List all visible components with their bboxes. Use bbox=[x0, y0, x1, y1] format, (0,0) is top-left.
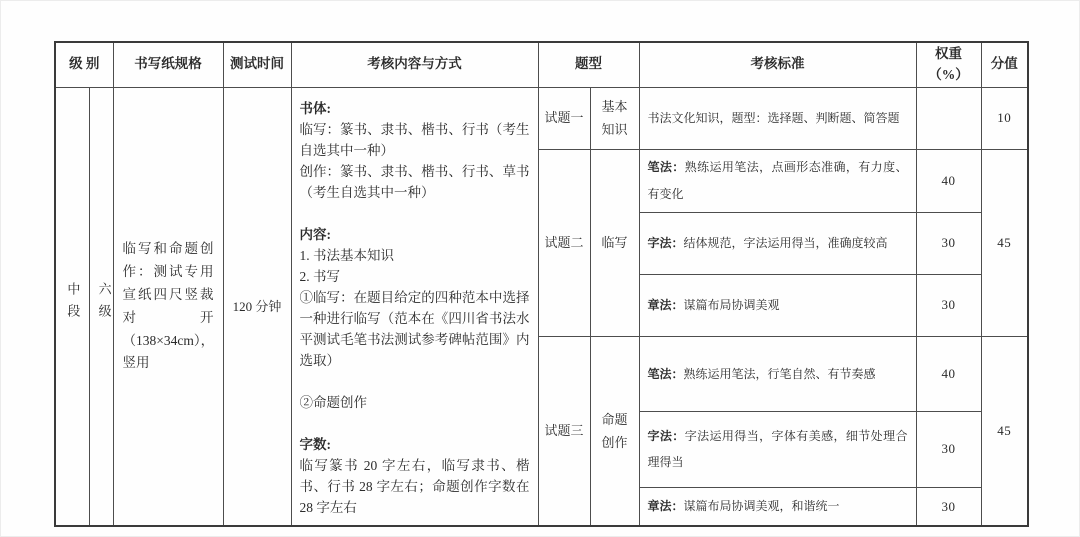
q3-brushwork-label: 笔法： bbox=[648, 367, 684, 381]
q3-composition-label: 章法： bbox=[648, 499, 684, 513]
q3-composition-weight-cell: 30 bbox=[916, 487, 981, 526]
header-paper-spec: 书写纸规格 bbox=[113, 42, 223, 87]
q2-brushwork-weight-cell: 40 bbox=[916, 149, 981, 212]
q3-composition-criteria-cell: 章法：谋篇布局协调美观，和谐统一 bbox=[639, 487, 916, 526]
q1-weight-cell bbox=[916, 87, 981, 149]
stage-text: 中段 bbox=[62, 282, 82, 326]
q1-category-cell: 基本知识 bbox=[590, 87, 639, 149]
q3-brushwork-text: 熟练运用笔法，行笔自然、有节奏感 bbox=[684, 367, 876, 381]
count-text: 临写篆书 20 字左右，临写隶书、楷书、行书 28 字左右；命题创作字数在 28… bbox=[300, 455, 530, 518]
content-item-2a: ①临写：在题目给定的四种范本中选择一种进行临写（范本在《四川省书法水平测试毛笔书… bbox=[300, 287, 530, 371]
font-create-line: 创作：篆书、隶书、楷书、行书、草书（考生自选其中一种） bbox=[300, 161, 530, 203]
q2-structure-label: 字法： bbox=[648, 236, 684, 250]
q2-structure-weight-cell: 30 bbox=[916, 212, 981, 274]
q3-structure-text: 字法运用得当，字体有美感，细节处理合理得当 bbox=[648, 429, 908, 469]
header-content-method: 考核内容与方式 bbox=[291, 42, 538, 87]
font-heading: 书体: bbox=[300, 98, 530, 119]
content-heading: 内容: bbox=[300, 224, 530, 245]
q2-type-cell: 试题二 bbox=[538, 149, 590, 336]
q2-composition-criteria-cell: 章法：谋篇布局协调美观 bbox=[639, 274, 916, 336]
q3-brushwork-weight-cell: 40 bbox=[916, 336, 981, 411]
q3-structure-label: 字法： bbox=[648, 429, 685, 443]
header-test-time: 测试时间 bbox=[223, 42, 291, 87]
content-item-2: 2. 书写 bbox=[300, 266, 530, 287]
grade-text: 六级 bbox=[94, 282, 114, 326]
q1-score-cell: 10 bbox=[981, 87, 1028, 149]
document-page: 级 别 书写纸规格 测试时间 考核内容与方式 题型 考核标准 权重（%） 分值 … bbox=[0, 0, 1080, 537]
q3-category-text: 命题创作 bbox=[599, 408, 630, 455]
header-weight: 权重（%） bbox=[916, 42, 981, 87]
q1-criteria-cell: 书法文化知识，题型：选择题、判断题、简答题 bbox=[639, 87, 916, 149]
q3-category-cell: 命题创作 bbox=[590, 336, 639, 526]
q2-category-cell: 临写 bbox=[590, 149, 639, 336]
q2-structure-criteria-cell: 字法：结体规范，字法运用得当，准确度较高 bbox=[639, 212, 916, 274]
font-copy-line: 临写：篆书、隶书、楷书、行书（考生自选其中一种） bbox=[300, 119, 530, 161]
header-question-type: 题型 bbox=[538, 42, 639, 87]
calligraphy-grade-table: 级 别 书写纸规格 测试时间 考核内容与方式 题型 考核标准 权重（%） 分值 … bbox=[54, 41, 1029, 527]
q2-composition-weight-cell: 30 bbox=[916, 274, 981, 336]
q3-brushwork-criteria-cell: 笔法：熟练运用笔法，行笔自然、有节奏感 bbox=[639, 336, 916, 411]
q2-composition-text: 谋篇布局协调美观 bbox=[684, 298, 780, 312]
table-header-row: 级 别 书写纸规格 测试时间 考核内容与方式 题型 考核标准 权重（%） 分值 bbox=[55, 42, 1028, 87]
stage-cell: 中段 bbox=[55, 87, 89, 526]
header-level: 级 别 bbox=[55, 42, 113, 87]
q1-type-cell: 试题一 bbox=[538, 87, 590, 149]
count-heading: 字数: bbox=[300, 434, 530, 455]
row-question1: 中段 六级 临写和命题创作：测试专用宣纸四尺竖裁对开（138×34cm），竖用 … bbox=[55, 87, 1028, 149]
q2-brushwork-label: 笔法： bbox=[648, 160, 685, 174]
q3-structure-weight-cell: 30 bbox=[916, 411, 981, 487]
q2-score-cell: 45 bbox=[981, 149, 1028, 336]
test-time-cell: 120 分钟 bbox=[223, 87, 291, 526]
q3-type-cell: 试题三 bbox=[538, 336, 590, 526]
q2-brushwork-text: 熟练运用笔法，点画形态准确，有力度、有变化 bbox=[648, 160, 908, 200]
grade-cell: 六级 bbox=[89, 87, 113, 526]
content-item-1: 1. 书法基本知识 bbox=[300, 245, 530, 266]
content-method-cell: 书体: 临写：篆书、隶书、楷书、行书（考生自选其中一种） 创作：篆书、隶书、楷书… bbox=[291, 87, 538, 526]
q3-score-cell: 45 bbox=[981, 336, 1028, 526]
paper-spec-cell: 临写和命题创作：测试专用宣纸四尺竖裁对开（138×34cm），竖用 bbox=[113, 87, 223, 526]
q2-composition-label: 章法： bbox=[648, 298, 684, 312]
header-criteria: 考核标准 bbox=[639, 42, 916, 87]
header-score: 分值 bbox=[981, 42, 1028, 87]
q2-structure-text: 结体规范，字法运用得当，准确度较高 bbox=[684, 236, 888, 250]
content-item-2b: ②命题创作 bbox=[300, 392, 530, 413]
q2-brushwork-criteria-cell: 笔法：熟练运用笔法，点画形态准确，有力度、有变化 bbox=[639, 149, 916, 212]
q1-category-text: 基本知识 bbox=[599, 95, 630, 142]
q3-composition-text: 谋篇布局协调美观，和谐统一 bbox=[684, 499, 840, 513]
q3-structure-criteria-cell: 字法：字法运用得当，字体有美感，细节处理合理得当 bbox=[639, 411, 916, 487]
